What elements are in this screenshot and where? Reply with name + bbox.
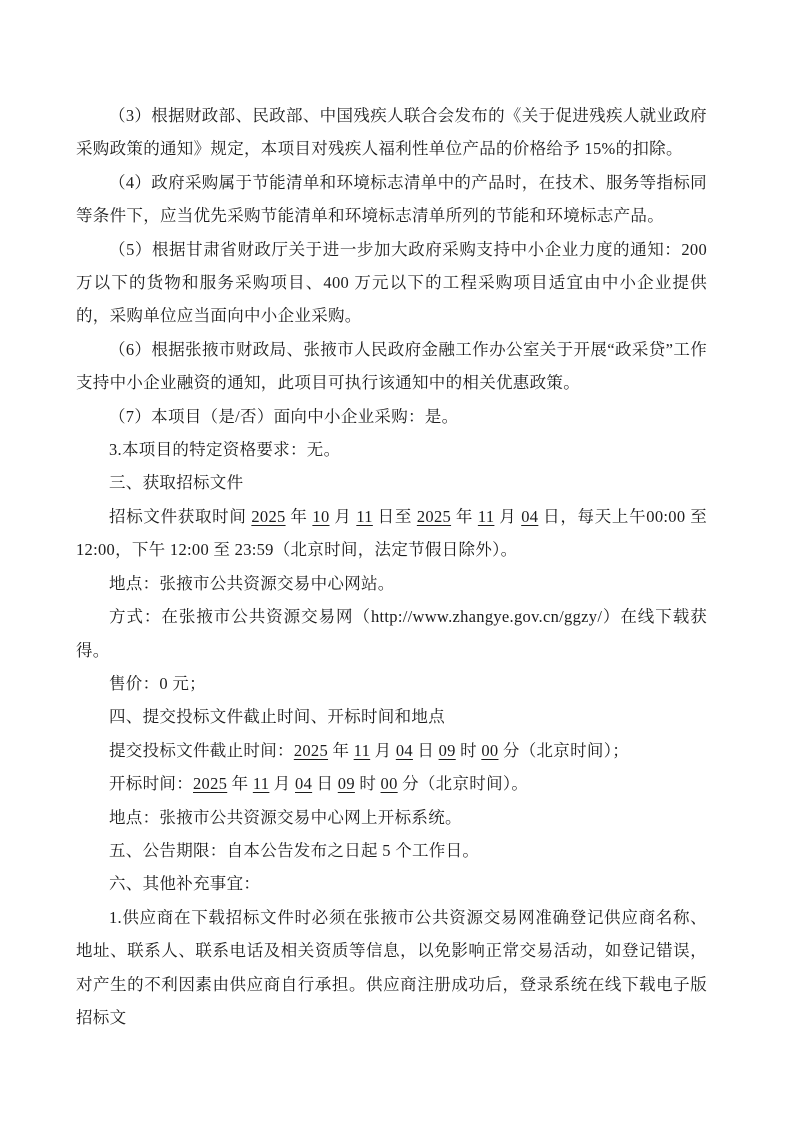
heading-section-4-deadline-opening: 四、提交投标文件截止时间、开标时间和地点 <box>76 700 707 733</box>
text-run: 时 <box>456 741 482 760</box>
text-run: （3）根据财政部、民政部、中国残疾人联合会发布的《关于促进残疾人就业政府采购政策… <box>76 106 707 158</box>
text-run: 月 <box>370 741 396 760</box>
text-run: （7）本项目（是/否）面向中小企业采购：是。 <box>109 407 458 426</box>
para-supplement-1: 1.供应商在下载招标文件时必须在张掖市公共资源交易网准确登记供应商名称、地址、联… <box>76 901 707 1035</box>
underlined-value: 09 <box>338 774 355 793</box>
para-price: 售价：0 元； <box>76 667 707 700</box>
para-3-disability-policy: （3）根据财政部、民政部、中国残疾人联合会发布的《关于促进残疾人就业政府采购政策… <box>76 99 707 166</box>
para-special-qualification: 3.本项目的特定资格要求：无。 <box>76 433 707 466</box>
para-7-sme-oriented: （7）本项目（是/否）面向中小企业采购：是。 <box>76 400 707 433</box>
text-run: 日至 <box>373 507 417 526</box>
text-run: 年 <box>328 741 354 760</box>
text-run: 方式：在张掖市公共资源交易网（http://www.zhangye.gov.cn… <box>76 607 707 659</box>
text-run: （6）根据张掖市财政局、张掖市人民政府金融工作办公室关于开展“政采贷”工作支持中… <box>76 340 707 392</box>
text-run: 月 <box>269 774 295 793</box>
text-run: 日 <box>312 774 338 793</box>
underlined-value: 2025 <box>251 507 285 526</box>
underlined-value: 2025 <box>294 741 328 760</box>
text-run: 分（北京时间）； <box>498 741 629 760</box>
text-run: 六、其他补充事宜： <box>109 874 260 893</box>
text-run: 时 <box>355 774 381 793</box>
underlined-value: 10 <box>312 507 329 526</box>
underlined-value: 00 <box>381 774 398 793</box>
para-section-5-announcement-period: 五、公告期限：自本公告发布之日起 5 个工作日。 <box>76 834 707 867</box>
text-run: 售价：0 元； <box>109 674 206 693</box>
text-run: 开标时间： <box>109 774 193 793</box>
text-run: 四、提交投标文件截止时间、开标时间和地点 <box>109 707 445 726</box>
underlined-value: 11 <box>354 741 371 760</box>
para-obtain-place: 地点：张掖市公共资源交易中心网站。 <box>76 567 707 600</box>
text-run: 1.供应商在下载招标文件时必须在张掖市公共资源交易网准确登记供应商名称、地址、联… <box>76 908 707 1027</box>
para-opening-time: 开标时间：2025 年 11 月 04 日 09 时 00 分（北京时间）。 <box>76 767 707 800</box>
underlined-value: 11 <box>478 507 495 526</box>
text-run: 地点：张掖市公共资源交易中心网上开标系统。 <box>109 808 462 827</box>
text-run: 年 <box>451 507 478 526</box>
text-run: 月 <box>330 507 357 526</box>
text-run: 年 <box>227 774 253 793</box>
para-4-energy-env-list: （4）政府采购属于节能清单和环境标志清单中的产品时，在技术、服务等指标同等条件下… <box>76 166 707 233</box>
underlined-value: 04 <box>295 774 312 793</box>
text-run: 招标文件获取时间 <box>109 507 251 526</box>
text-run: 三、获取招标文件 <box>109 473 243 492</box>
heading-section-3-obtain-documents: 三、获取招标文件 <box>76 466 707 499</box>
underlined-value: 2025 <box>193 774 227 793</box>
document-page: （3）根据财政部、民政部、中国残疾人联合会发布的《关于促进残疾人就业政府采购政策… <box>0 0 793 1122</box>
heading-section-6-other-matters: 六、其他补充事宜： <box>76 867 707 900</box>
document-body: （3）根据财政部、民政部、中国残疾人联合会发布的《关于促进残疾人就业政府采购政策… <box>76 99 707 1034</box>
text-run: 3.本项目的特定资格要求：无。 <box>109 440 340 459</box>
para-6-zhengcaidai: （6）根据张掖市财政局、张掖市人民政府金融工作办公室关于开展“政采贷”工作支持中… <box>76 333 707 400</box>
text-run: 地点：张掖市公共资源交易中心网站。 <box>109 574 395 593</box>
para-submission-deadline: 提交投标文件截止时间：2025 年 11 月 04 日 09 时 00 分（北京… <box>76 734 707 767</box>
para-opening-place: 地点：张掖市公共资源交易中心网上开标系统。 <box>76 801 707 834</box>
underlined-value: 2025 <box>417 507 451 526</box>
para-obtain-time: 招标文件获取时间 2025 年 10 月 11 日至 2025 年 11 月 0… <box>76 500 707 567</box>
text-run: 月 <box>494 507 521 526</box>
underlined-value: 04 <box>396 741 413 760</box>
underlined-value: 04 <box>521 507 538 526</box>
text-run: （5）根据甘肃省财政厅关于进一步加大政府采购支持中小企业力度的通知：200万以下… <box>76 240 707 326</box>
text-run: 提交投标文件截止时间： <box>109 741 294 760</box>
underlined-value: 09 <box>439 741 456 760</box>
underlined-value: 00 <box>481 741 498 760</box>
text-run: （4）政府采购属于节能清单和环境标志清单中的产品时，在技术、服务等指标同等条件下… <box>76 173 707 225</box>
text-run: 分（北京时间）。 <box>398 774 529 793</box>
text-run: 日 <box>413 741 439 760</box>
text-run: 年 <box>286 507 313 526</box>
para-obtain-method: 方式：在张掖市公共资源交易网（http://www.zhangye.gov.cn… <box>76 600 707 667</box>
underlined-value: 11 <box>356 507 373 526</box>
underlined-value: 11 <box>253 774 270 793</box>
para-5-sme-support: （5）根据甘肃省财政厅关于进一步加大政府采购支持中小企业力度的通知：200万以下… <box>76 233 707 333</box>
text-run: 五、公告期限：自本公告发布之日起 5 个工作日。 <box>109 841 479 860</box>
